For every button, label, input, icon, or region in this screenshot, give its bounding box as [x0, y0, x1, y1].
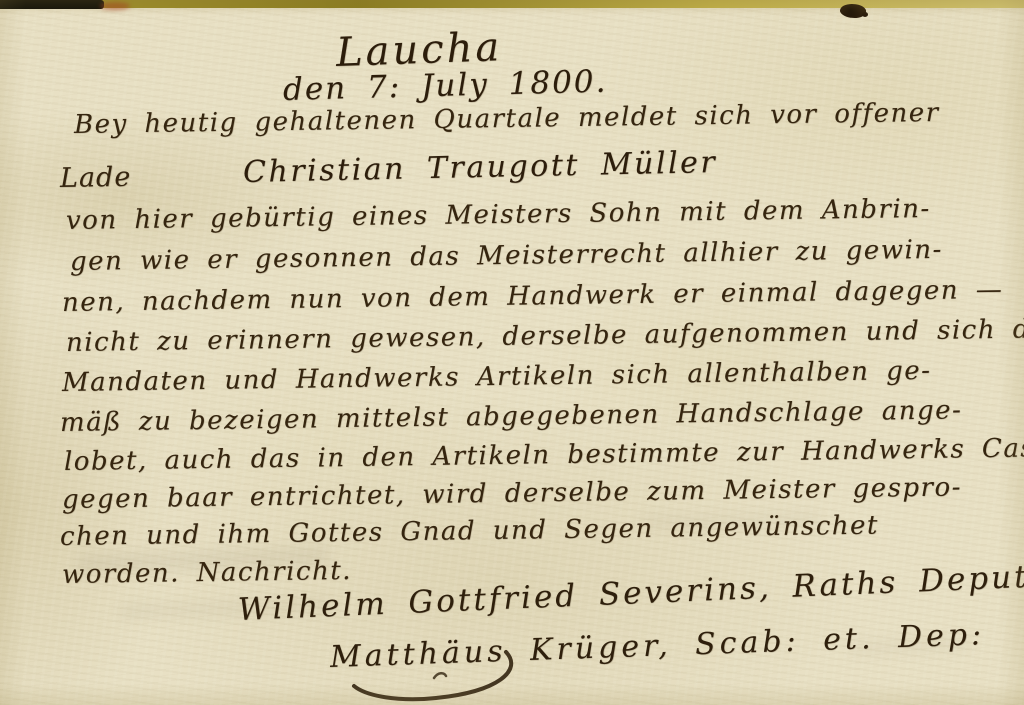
- handwriting-line: von hier gebürtig eines Meisters Sohn mi…: [66, 194, 931, 236]
- handwriting-line: chen und ihm Gottes Gnad und Segen angew…: [60, 511, 879, 552]
- handwriting-line: Mandaten und Handwerks Artikeln sich all…: [62, 356, 932, 398]
- red-smudge: [100, 2, 130, 10]
- handwriting-line: gegen baar entrichtet, wird derselbe zum…: [62, 472, 962, 515]
- handwriting-line: nen, nachdem nun von dem Handwerk er ein…: [62, 275, 1004, 318]
- scan-corner-strip: [0, 0, 104, 9]
- handwriting-line: mäß zu bezeigen mittelst abgegebenen Han…: [60, 395, 963, 438]
- handwriting-opening-line: Bey heutig gehaltenen Quartale meldet si…: [74, 98, 940, 140]
- handwriting-line: nicht zu erinnern gewesen, derselbe aufg…: [66, 314, 1024, 358]
- dateline-date: den 7: July 1800.: [283, 64, 608, 108]
- signature-flourish: [338, 648, 528, 704]
- signature-raths-deputat: Wilhelm Gottfried Severins, Raths Deput.: [237, 558, 1024, 628]
- applicant-name: Christian Traugott Müller: [243, 145, 718, 190]
- manuscript-page: Laucha den 7: July 1800. Bey heutig geha…: [0, 0, 1024, 705]
- handwriting-line: lobet, auch das in den Artikeln bestimmt…: [64, 433, 1024, 477]
- handwriting-line: gen wie er gesonnen das Meisterrecht all…: [70, 235, 943, 277]
- margin-word-lade: Lade: [60, 162, 132, 194]
- ink-speck: [862, 12, 868, 17]
- handwriting-closing-line: worden. Nachricht.: [62, 556, 352, 590]
- scan-top-edge-band: [0, 0, 1024, 8]
